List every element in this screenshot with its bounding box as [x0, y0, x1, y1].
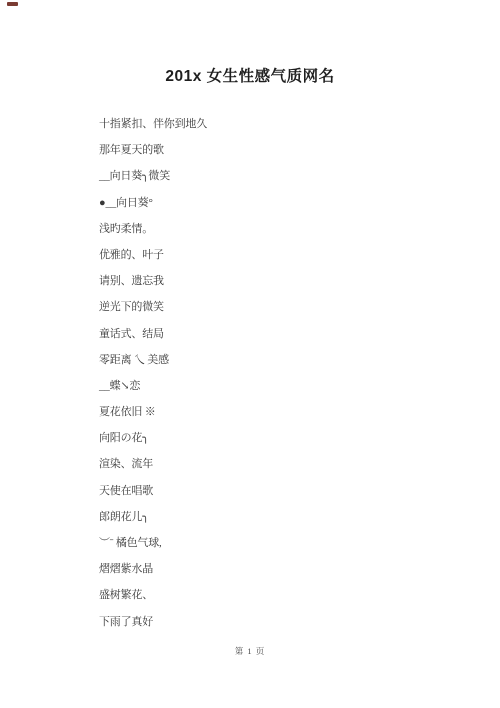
list-item: 逆光下的微笑: [99, 294, 470, 320]
list-item: 郎朗花儿╮: [99, 504, 470, 530]
list-item: 天使在唱歌: [99, 478, 470, 504]
list-item: 童话式、结局: [99, 321, 470, 347]
list-item: 向阳の花╮: [99, 425, 470, 451]
corner-mark: [7, 2, 18, 6]
list-item: 渲染、流年: [99, 451, 470, 477]
list-item: ●__向日葵°: [99, 190, 470, 216]
document-page: 201x 女生性感气质网名 十指紧扣、伴你到地久那年夏天的歌__向日葵╮微笑●_…: [0, 0, 500, 708]
list-item: 十指紧扣、伴你到地久: [99, 111, 470, 137]
page-number: 第 1 页: [0, 645, 500, 657]
list-item: 优雅的、叶子: [99, 242, 470, 268]
list-item: 盛树繁花、: [99, 582, 470, 608]
list-item: 浅旳柔情。: [99, 216, 470, 242]
list-item: __蝶↘恋: [99, 373, 470, 399]
list-item: 请别、遗忘我: [99, 268, 470, 294]
list-item: 夏花依旧 ※: [99, 399, 470, 425]
name-list: 十指紧扣、伴你到地久那年夏天的歌__向日葵╮微笑●__向日葵°浅旳柔情。优雅的、…: [99, 111, 470, 635]
list-item: 熠熠紫水晶: [99, 556, 470, 582]
page-title: 201x 女生性感气质网名: [0, 64, 500, 86]
list-item: 下雨了真好: [99, 609, 470, 635]
list-item: __向日葵╮微笑: [99, 163, 470, 189]
list-item: ︶ˉ 橘色气球,: [99, 530, 470, 556]
list-item: 零距离 乀 美感: [99, 347, 470, 373]
list-item: 那年夏天的歌: [99, 137, 470, 163]
